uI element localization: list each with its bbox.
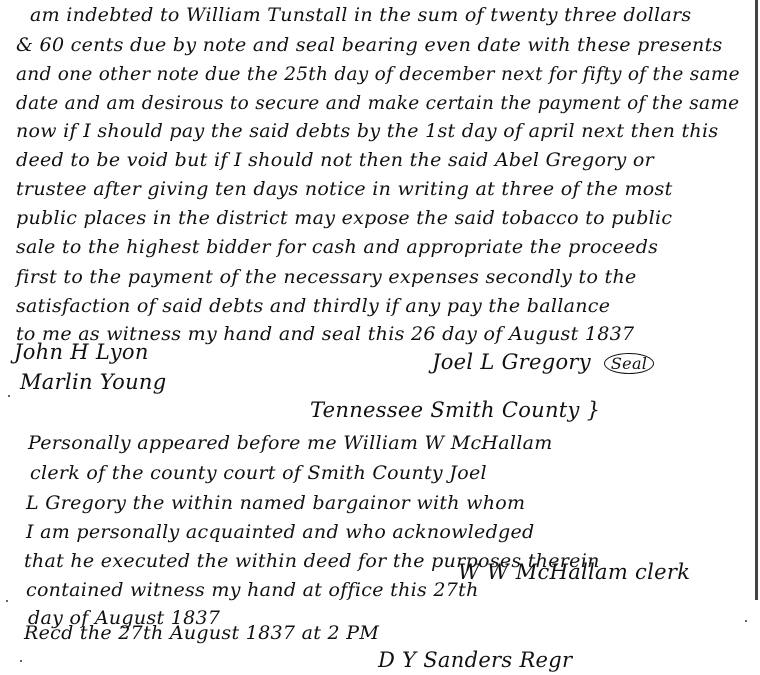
deed-line-4: date and am desirous to secure and make …: [16, 92, 739, 114]
ack-line-2: clerk of the county court of Smith Count…: [30, 462, 487, 484]
clerk-signature: W W McHallam clerk: [458, 560, 690, 584]
ack-line-6: contained witness my hand at office this…: [26, 579, 479, 601]
scan-speck: [6, 600, 8, 602]
witness-1: John H Lyon: [14, 340, 149, 364]
ack-line-1: Personally appeared before me William W …: [28, 432, 553, 454]
deed-line-7: trustee after giving ten days notice in …: [16, 178, 673, 200]
grantor-name: Joel L Gregory: [432, 350, 591, 374]
deed-line-1: am indebted to William Tunstall in the s…: [30, 4, 691, 26]
seal-mark: Seal: [604, 353, 654, 374]
document-page: am indebted to William Tunstall in the s…: [0, 0, 760, 675]
deed-line-5: now if I should pay the said debts by th…: [16, 120, 718, 142]
ack-line-4: I am personally acquainted and who ackno…: [26, 521, 535, 543]
scan-speck: [20, 660, 22, 662]
deed-line-3: and one other note due the 25th day of d…: [16, 63, 740, 85]
page-edge-border: [755, 0, 758, 600]
deed-line-8: public places in the district may expose…: [16, 207, 672, 229]
ack-line-3: L Gregory the within named bargainor wit…: [26, 492, 525, 514]
register-signature: D Y Sanders Regr: [378, 648, 572, 672]
grantor-signature: Joel L Gregory Seal: [432, 350, 654, 374]
witness-2: Marlin Young: [20, 370, 166, 394]
acknowledgment-heading: Tennessee Smith County }: [310, 398, 600, 422]
deed-line-9: sale to the highest bidder for cash and …: [16, 236, 658, 258]
deed-line-2: & 60 cents due by note and seal bearing …: [16, 34, 723, 56]
registration-line: Recd the 27th August 1837 at 2 PM: [24, 622, 379, 644]
scan-speck: [745, 620, 747, 622]
scan-speck: [8, 395, 10, 397]
deed-line-6: deed to be void but if I should not then…: [16, 149, 654, 171]
deed-line-10: first to the payment of the necessary ex…: [16, 266, 637, 288]
deed-line-11: satisfaction of said debts and thirdly i…: [16, 295, 610, 317]
